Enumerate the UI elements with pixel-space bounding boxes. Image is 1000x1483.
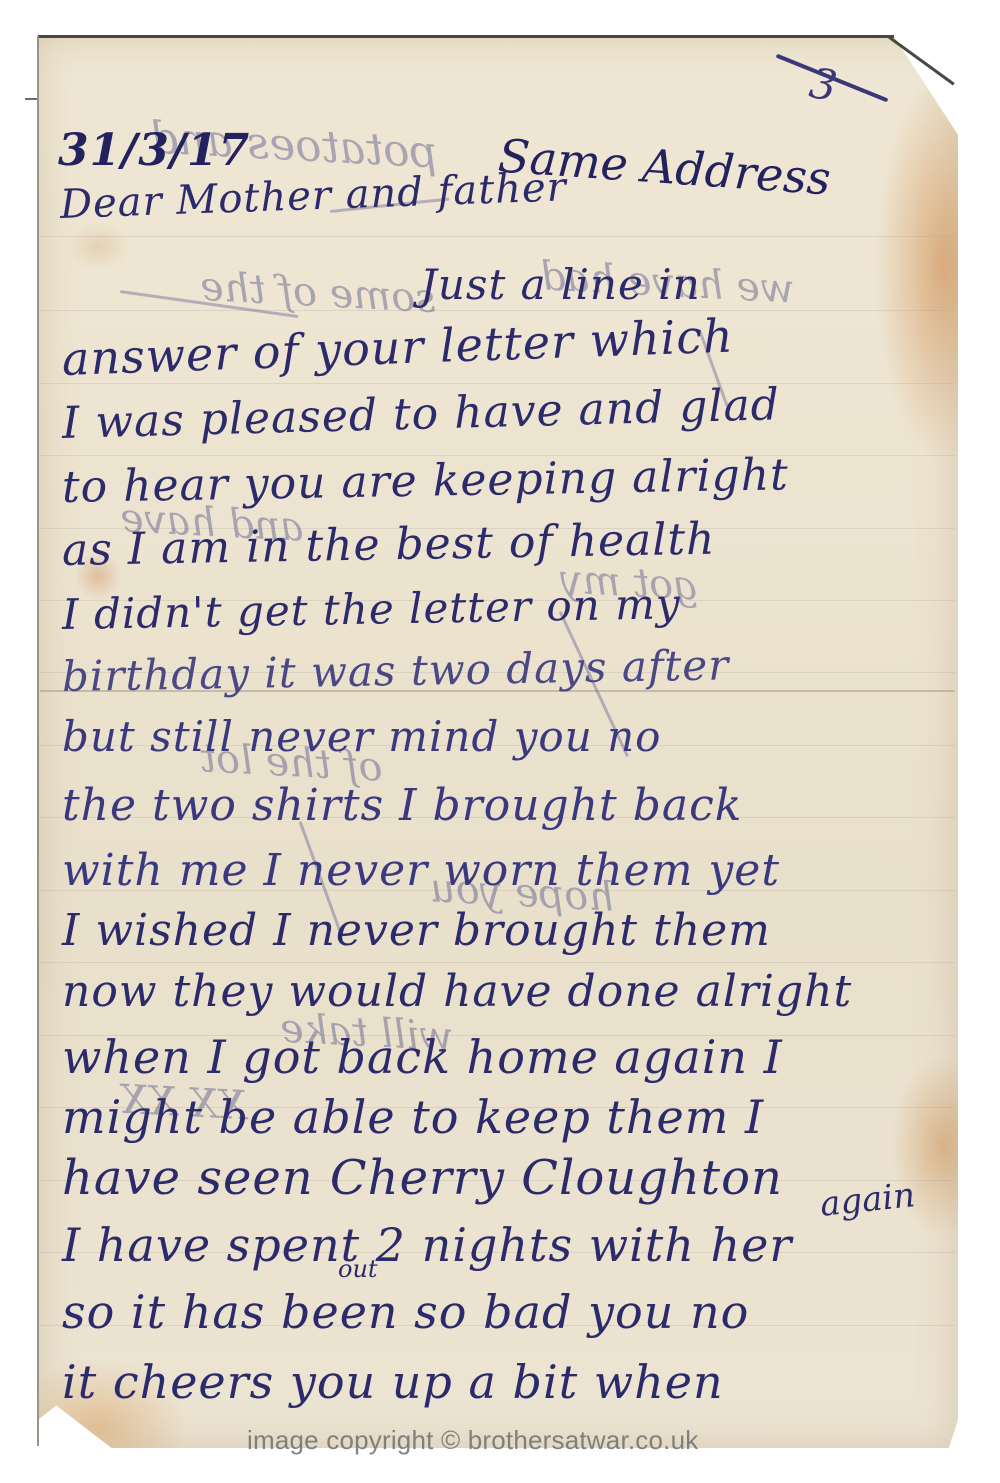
ruled-line bbox=[40, 962, 955, 963]
paper-top-edge bbox=[38, 35, 894, 38]
letter-line: so it has been so bad you no bbox=[62, 1285, 749, 1339]
letter-line: now they would have done alright bbox=[62, 966, 852, 1017]
paper-left-edge bbox=[37, 36, 39, 1446]
ruled-line bbox=[40, 383, 955, 384]
letter-line: Just a line in bbox=[420, 260, 701, 309]
copyright-watermark: image copyright © brothersatwar.co.uk bbox=[247, 1425, 698, 1456]
letter-line: have seen Cherry Cloughton bbox=[62, 1150, 783, 1206]
letter-line: it cheers you up a bit when bbox=[62, 1355, 724, 1409]
letter-line: with me I never worn them yet bbox=[62, 845, 780, 896]
letter-line: the two shirts I brought back bbox=[62, 780, 742, 831]
letter-line: might be able to keep them I bbox=[62, 1090, 764, 1144]
ruled-line bbox=[40, 310, 955, 311]
ruled-line bbox=[40, 236, 955, 237]
letter-line: but still never mind you no bbox=[62, 712, 661, 761]
letter-line: when I got back home again I bbox=[62, 1030, 783, 1084]
letter-date: 31/3/17 bbox=[58, 125, 250, 176]
letter-line: I have spent 2 nights with her bbox=[62, 1218, 792, 1272]
letter-line: I wished I never brought them bbox=[62, 905, 771, 956]
inserted-word-out: out bbox=[338, 1255, 378, 1283]
